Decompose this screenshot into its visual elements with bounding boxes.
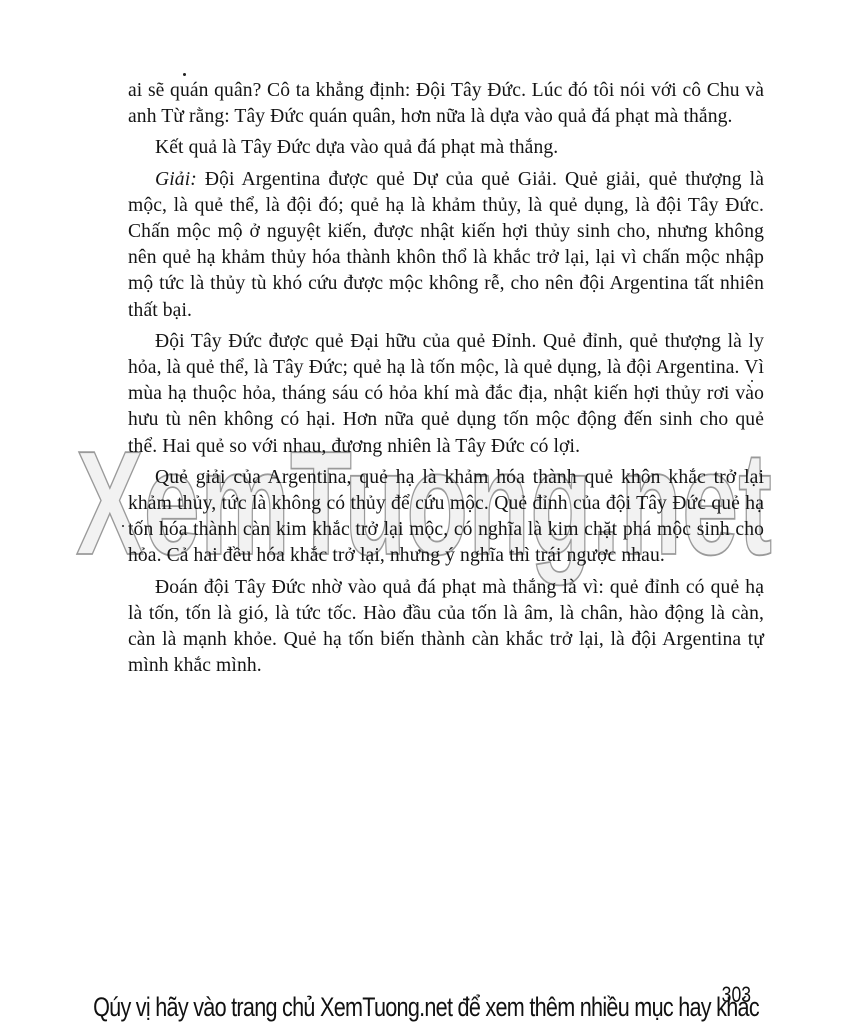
footer-prefix: Qúy vị hãy vào trang chủ <box>93 992 320 1022</box>
paragraph-text: ai sẽ quán quân? Cô ta khẳng định: Đội T… <box>128 80 764 127</box>
paragraph-4: Đội Tây Đức được quẻ Đại hữu của quẻ Đỉn… <box>128 329 764 460</box>
scan-artifact-dot <box>183 73 186 76</box>
footer-suffix: để xem thêm nhiều mục hay khác <box>452 992 759 1022</box>
paragraph-3-solution: Giải: Đội Argentina được quẻ Dự của quẻ … <box>128 167 764 324</box>
scanned-book-page: XemTuong.net ai sẽ quán quân? Cô ta khẳn… <box>0 0 850 1036</box>
solution-label: Giải: <box>155 169 197 190</box>
paragraph-text: Quẻ giải của Argentina, quẻ hạ là khảm h… <box>128 467 764 567</box>
paragraph-text: Kết quả là Tây Đức dựa vào quả đá phạt m… <box>155 137 558 158</box>
footer-banner: Qúy vị hãy vào trang chủ XemTuong.net để… <box>86 992 766 1023</box>
body-text: ai sẽ quán quân? Cô ta khẳng định: Đội T… <box>128 78 764 684</box>
paragraph-2: Kết quả là Tây Đức dựa vào quả đá phạt m… <box>128 135 764 161</box>
page-number: 303 <box>722 982 751 1008</box>
paragraph-6: Đoán đội Tây Đức nhờ vào quả đá phạt mà … <box>128 575 764 680</box>
paragraph-text: Đội Tây Đức được quẻ Đại hữu của quẻ Đỉn… <box>128 331 764 457</box>
paragraph-1: ai sẽ quán quân? Cô ta khẳng định: Đội T… <box>128 78 764 130</box>
paragraph-text: Đoán đội Tây Đức nhờ vào quả đá phạt mà … <box>128 577 764 677</box>
scan-artifact-dot <box>122 525 124 527</box>
paragraph-5: Quẻ giải của Argentina, quẻ hạ là khảm h… <box>128 465 764 570</box>
site-link[interactable]: XemTuong.net <box>320 992 452 1022</box>
paragraph-text: Đội Argentina được quẻ Dự của quẻ Giải. … <box>128 169 764 321</box>
